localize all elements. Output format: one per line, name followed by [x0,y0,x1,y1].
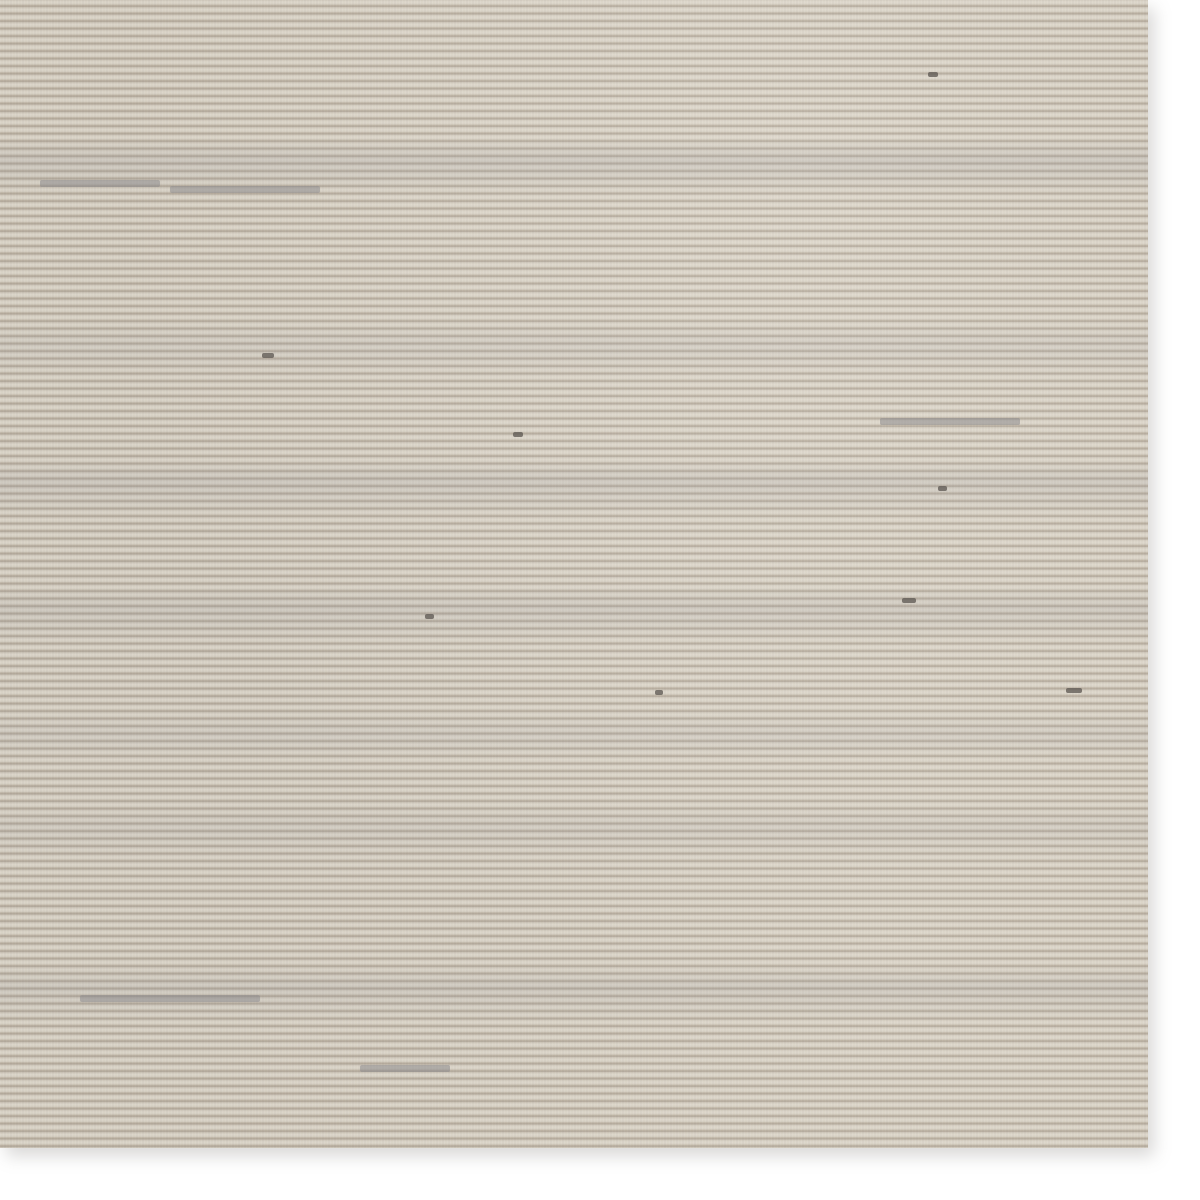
yarn-fleck [902,598,916,603]
rug-heather-streaks [0,0,1148,1148]
yarn-fleck [360,1065,450,1072]
yarn-fleck [513,432,523,437]
yarn-fleck [425,614,434,619]
yarn-fleck [880,418,1020,425]
product-photo [0,0,1200,1200]
yarn-fleck [938,486,947,491]
rug-corner [0,0,1148,1148]
yarn-fleck [170,186,320,193]
yarn-fleck [40,180,160,187]
yarn-fleck [655,690,663,695]
yarn-fleck [262,353,274,358]
yarn-fleck [928,72,938,77]
yarn-fleck [1066,688,1082,693]
yarn-fleck [80,995,260,1002]
